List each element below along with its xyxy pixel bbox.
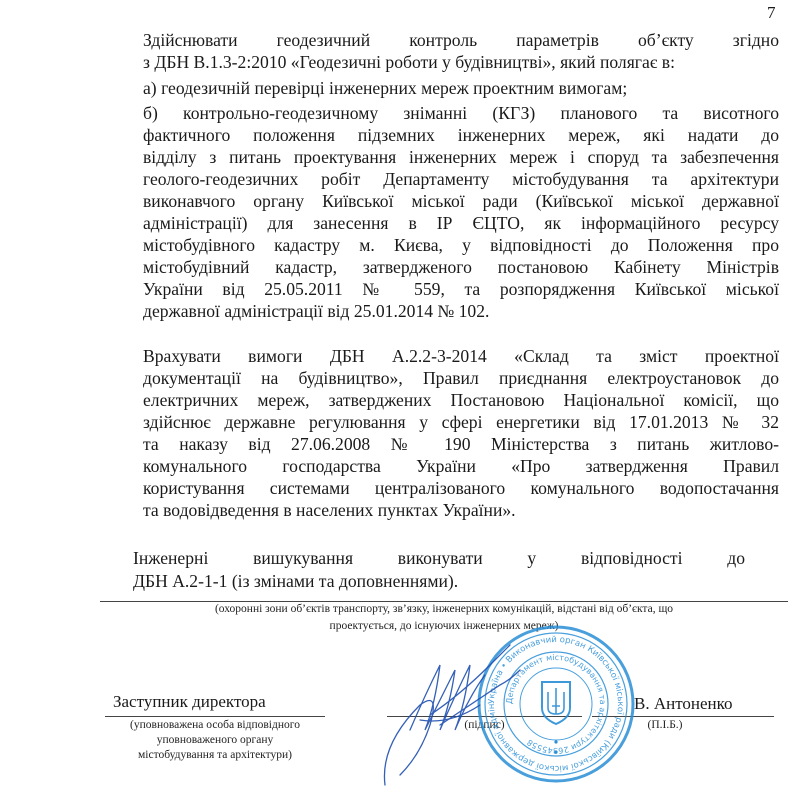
signatory-name: В. Антоненко <box>634 694 733 714</box>
text-line: комунального господарства України «Про з… <box>143 455 779 477</box>
text-line: геолого-геодезичних робіт Департаменту м… <box>143 168 779 190</box>
position-caption: уповноваженого органу <box>105 733 325 748</box>
signatory-position: Заступник директора <box>113 692 266 712</box>
text-line: адміністрації) для занесення в ІР ЄЦТО, … <box>143 212 779 234</box>
text-line: Інженерні вишукування виконувати у відпо… <box>133 547 745 569</box>
text-line: здійснює державне регулювання у сфері ен… <box>143 411 779 433</box>
text-line: Врахувати вимоги ДБН А.2.2-3-2014 «Склад… <box>143 345 779 367</box>
text-line: а) геодезичній перевірці інженерних мере… <box>143 77 627 99</box>
text-line: ДБН А.2-1-1 (із змінами та доповненнями)… <box>133 570 458 592</box>
position-caption: (уповноважена особа відповідного <box>105 718 325 733</box>
field-caption: проектується, до існуючих інженерних мер… <box>100 619 788 634</box>
text-line: Здійснювати геодезичний контроль парамет… <box>143 29 779 51</box>
text-line: державної адміністрації від 25.01.2014 №… <box>143 300 489 322</box>
text-line: України від 25.05.2011 № 559, та розпоря… <box>143 278 779 300</box>
text-line: документації на будівництво», Правил при… <box>143 367 779 389</box>
text-line: та водовідведення в населених пунктах Ук… <box>143 499 516 521</box>
position-underline <box>105 716 325 717</box>
text-line: б) контрольно-геодезичному зніманні (КГЗ… <box>143 102 779 124</box>
text-line: відділу з питань проектування інженерних… <box>143 146 779 168</box>
text-line: фактичного положення підземних інженерни… <box>143 124 779 146</box>
handwritten-signature-icon <box>380 635 540 795</box>
text-line: містобудівного кадастру м. Києва, у відп… <box>143 234 779 256</box>
field-caption: (охоронні зони об’єктів транспорту, зв’я… <box>100 602 788 617</box>
page-number: 7 <box>767 3 776 23</box>
text-line: електричних мереж, затверджених Постанов… <box>143 389 779 411</box>
position-caption: містобудування та архітектури) <box>105 748 325 763</box>
text-line: з ДБН В.1.3-2:2010 «Геодезичні роботи у … <box>143 51 675 73</box>
text-line: та наказу від 27.06.2008 № 190 Міністерс… <box>143 433 779 455</box>
text-line: містобудівний кадастр, затвердженого пос… <box>143 256 779 278</box>
text-line: виконавчого органу Київської міської рад… <box>143 190 779 212</box>
text-line: користування системами централізованого … <box>143 477 779 499</box>
